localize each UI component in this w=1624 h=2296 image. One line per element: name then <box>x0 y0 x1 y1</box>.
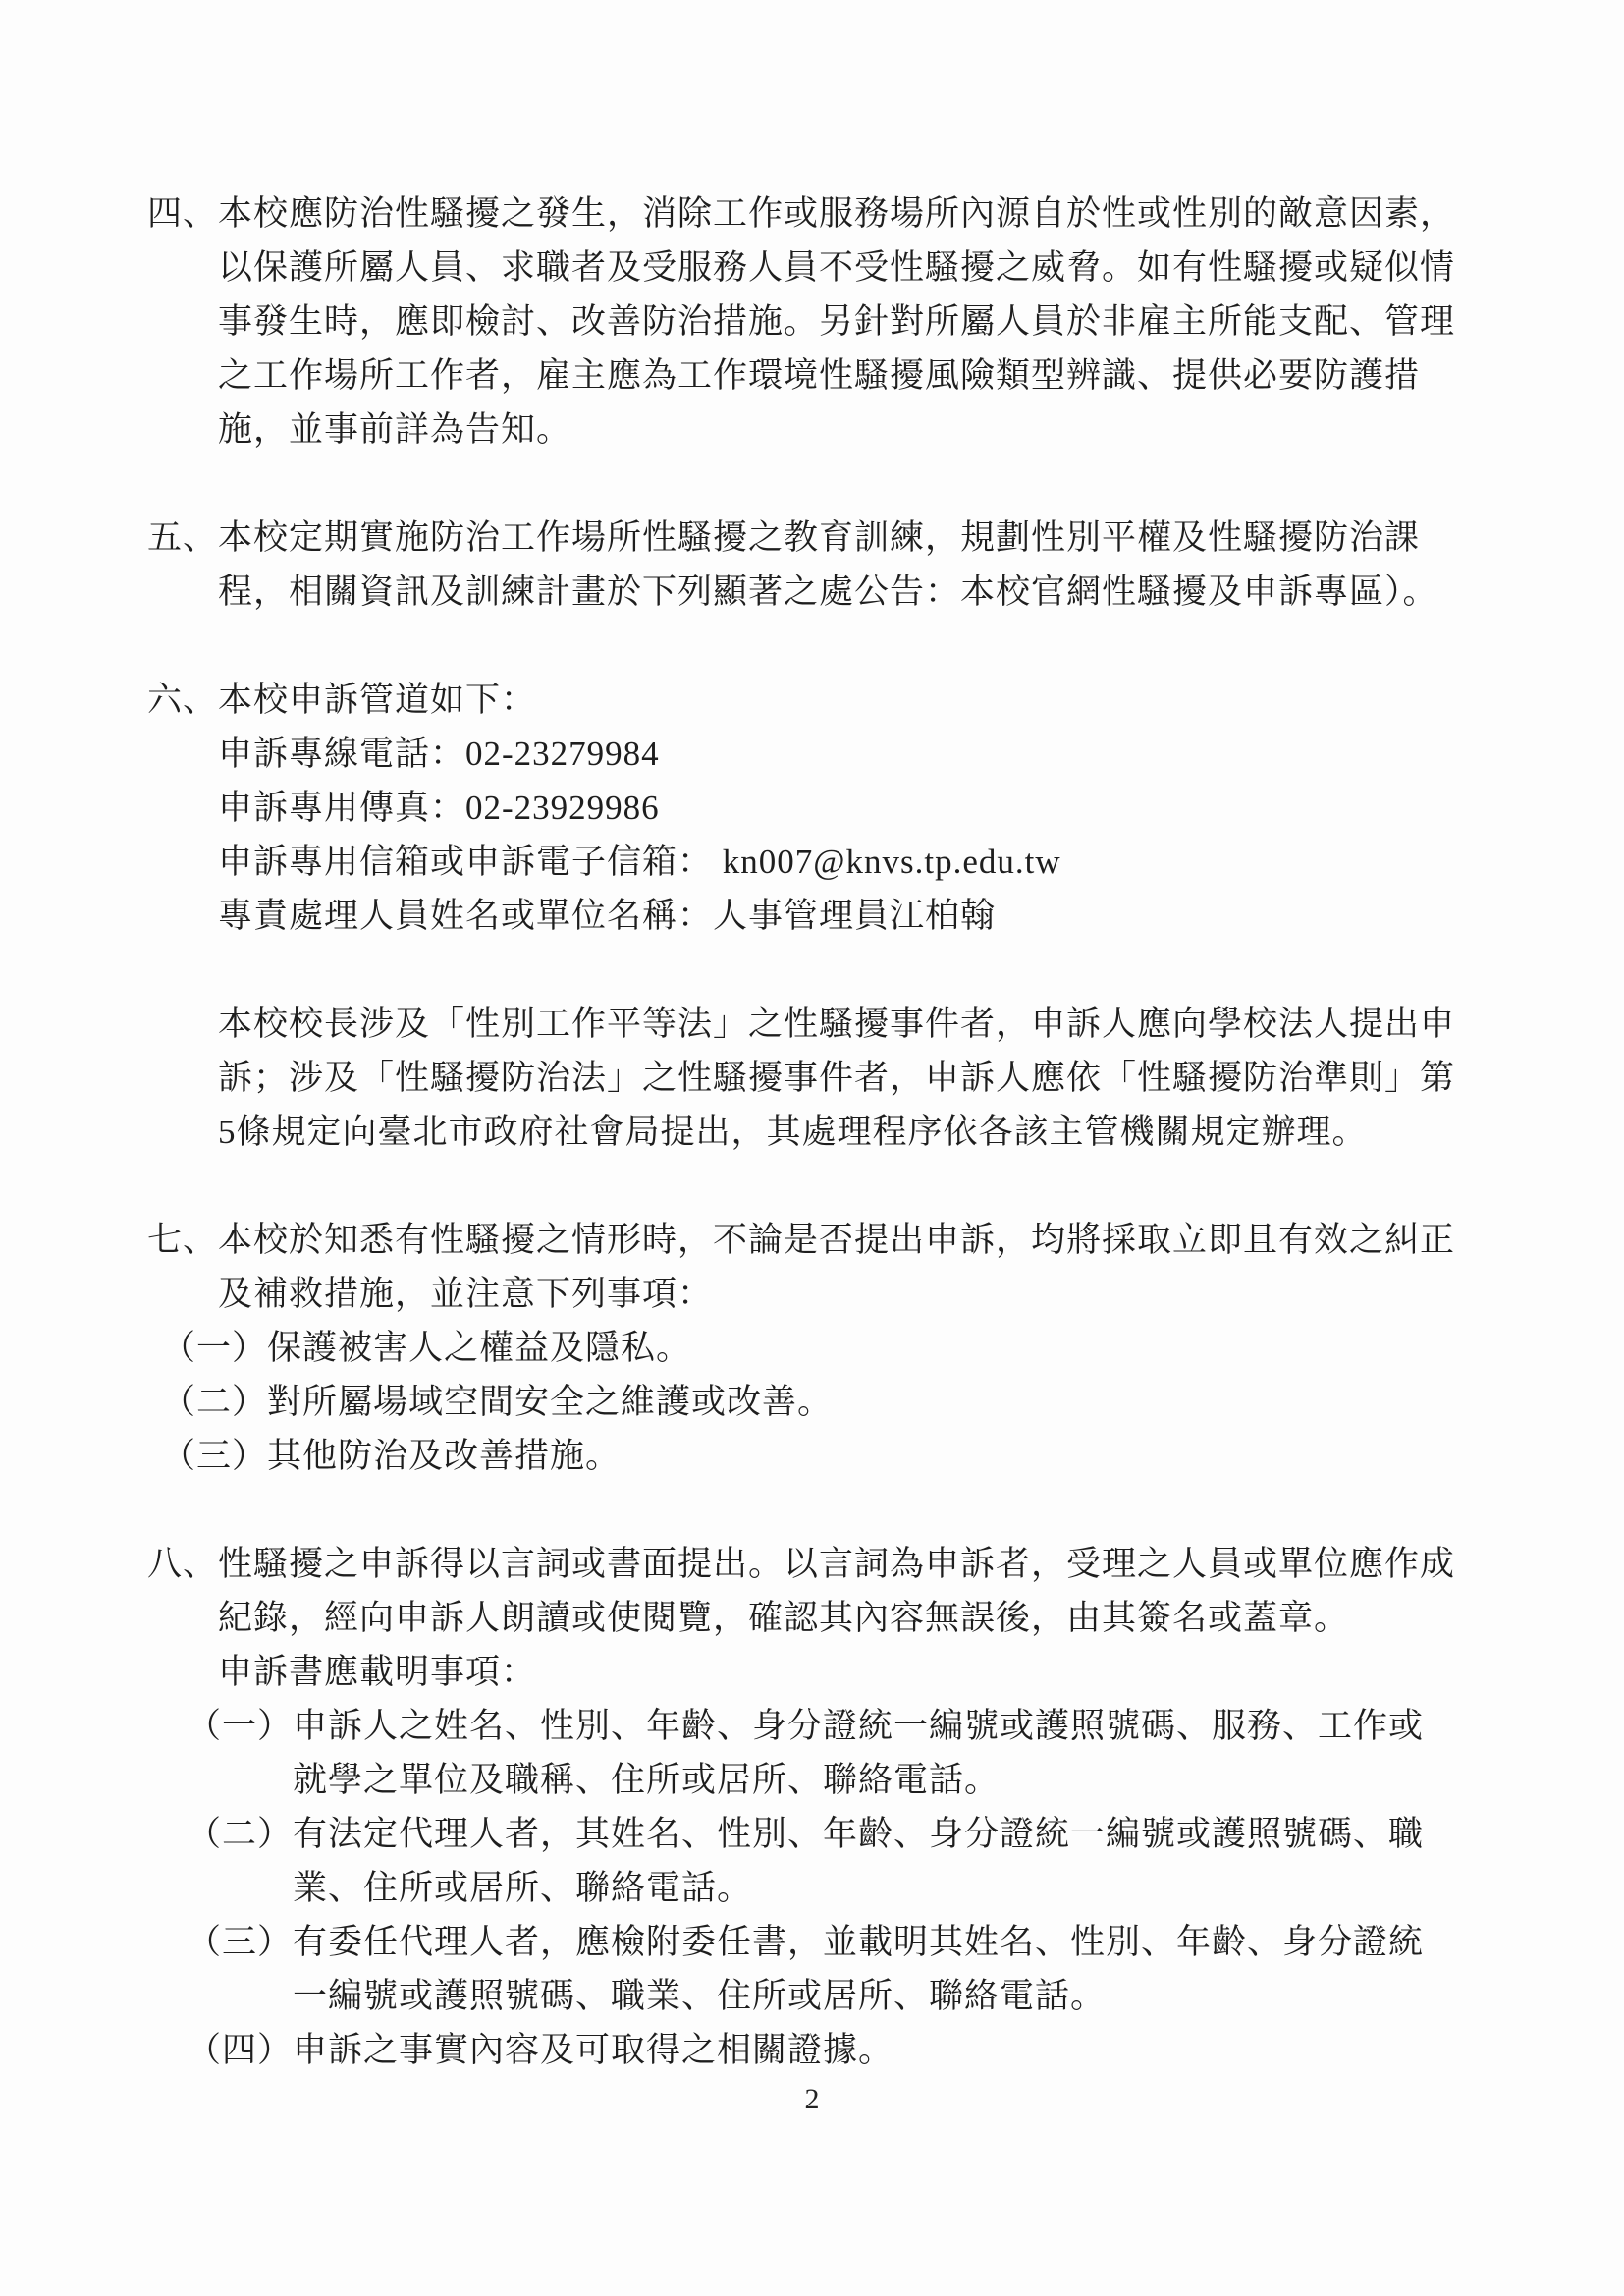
section-8-complaint-filing: 八、性騷擾之申訴得以言詞或書面提出。以言詞為申訴者，受理之人員或單位應作成 紀錄… <box>147 1537 1506 2077</box>
line: 訴；涉及「性騷擾防治法」之性騷擾事件者，申訴人應依「性騷擾防治準則」第 <box>218 1051 1506 1105</box>
list-item-continuation: 就學之單位及職稱、住所或居所、聯絡電話。 <box>293 1753 1506 1807</box>
line: 五、本校定期實施防治工作場所性騷擾之教育訓練，規劃性別平權及性騷擾防治課 <box>147 511 1506 565</box>
document-page: 四、本校應防治性騷擾之發生，消除工作或服務場所內源自於性或性別的敵意因素， 以保… <box>0 0 1624 2296</box>
line: 八、性騷擾之申訴得以言詞或書面提出。以言詞為申訴者，受理之人員或單位應作成 <box>147 1537 1506 1591</box>
complaint-fax-line: 申訴專用傳真：02-23929986 <box>218 781 1506 835</box>
complaint-officer-line: 專責處理人員姓名或單位名稱：人事管理員江柏翰 <box>218 889 1506 943</box>
line: 事發生時，應即檢討、改善防治措施。另針對所屬人員於非雇主所能支配、管理 <box>218 295 1506 349</box>
list-item: （二）有法定代理人者，其姓名、性別、年齡、身分證統一編號或護照號碼、職 <box>187 1807 1506 1861</box>
line: 本校校長涉及「性別工作平等法」之性騷擾事件者，申訴人應向學校法人提出申 <box>218 997 1506 1051</box>
line: 六、本校申訴管道如下： <box>147 673 1506 727</box>
line: 之工作場所工作者，雇主應為工作環境性騷擾風險類型辨識、提供必要防護措 <box>218 349 1506 403</box>
section-5-training: 五、本校定期實施防治工作場所性騷擾之教育訓練，規劃性別平權及性騷擾防治課 程，相… <box>147 511 1506 619</box>
complaint-phone-line: 申訴專線電話：02-23279984 <box>218 727 1506 781</box>
section-4-prevention: 四、本校應防治性騷擾之發生，消除工作或服務場所內源自於性或性別的敵意因素， 以保… <box>147 187 1506 457</box>
line: 及補救措施，並注意下列事項： <box>218 1267 1506 1321</box>
page-number: 2 <box>0 2080 1624 2119</box>
list-item: （三）有委任代理人者，應檢附委任書，並載明其姓名、性別、年齡、身分證統 <box>187 1915 1506 1969</box>
list-item-continuation: 一編號或護照號碼、職業、住所或居所、聯絡電話。 <box>293 1969 1506 2023</box>
list-item: （一）保護被害人之權益及隱私。 <box>161 1321 1506 1375</box>
document-body: 四、本校應防治性騷擾之發生，消除工作或服務場所內源自於性或性別的敵意因素， 以保… <box>147 187 1506 2077</box>
list-item: （二）對所屬場域空間安全之維護或改善。 <box>161 1375 1506 1429</box>
line: 程，相關資訊及訓練計畫於下列顯著之處公告：本校官網性騷擾及申訴專區）。 <box>218 565 1506 619</box>
list-item: （三）其他防治及改善措施。 <box>161 1429 1506 1483</box>
line: 施，並事前詳為告知。 <box>218 403 1506 457</box>
list-item-continuation: 業、住所或居所、聯絡電話。 <box>293 1861 1506 1915</box>
line: 四、本校應防治性騷擾之發生，消除工作或服務場所內源自於性或性別的敵意因素， <box>147 187 1506 241</box>
list-item: （一）申訴人之姓名、性別、年齡、身分證統一編號或護照號碼、服務、工作或 <box>187 1699 1506 1753</box>
section-7-remedial-measures: 七、本校於知悉有性騷擾之情形時，不論是否提出申訴，均將採取立即且有效之糾正 及補… <box>147 1213 1506 1483</box>
list-item: （四）申訴之事實內容及可取得之相關證據。 <box>187 2023 1506 2077</box>
line: 以保護所屬人員、求職者及受服務人員不受性騷擾之威脅。如有性騷擾或疑似情 <box>218 241 1506 295</box>
line: 七、本校於知悉有性騷擾之情形時，不論是否提出申訴，均將採取立即且有效之糾正 <box>147 1213 1506 1267</box>
line: 申訴書應載明事項： <box>218 1645 1506 1699</box>
complaint-email-line: 申訴專用信箱或申訴電子信箱： kn007@knvs.tp.edu.tw <box>218 835 1506 889</box>
line: 紀錄，經向申訴人朗讀或使閱覽，確認其內容無誤後，由其簽名或蓋章。 <box>218 1591 1506 1645</box>
section-6-complaint-channels: 六、本校申訴管道如下： 申訴專線電話：02-23279984 申訴專用傳真：02… <box>147 673 1506 1159</box>
line: 5條規定向臺北市政府社會局提出，其處理程序依各該主管機關規定辦理。 <box>218 1105 1506 1159</box>
